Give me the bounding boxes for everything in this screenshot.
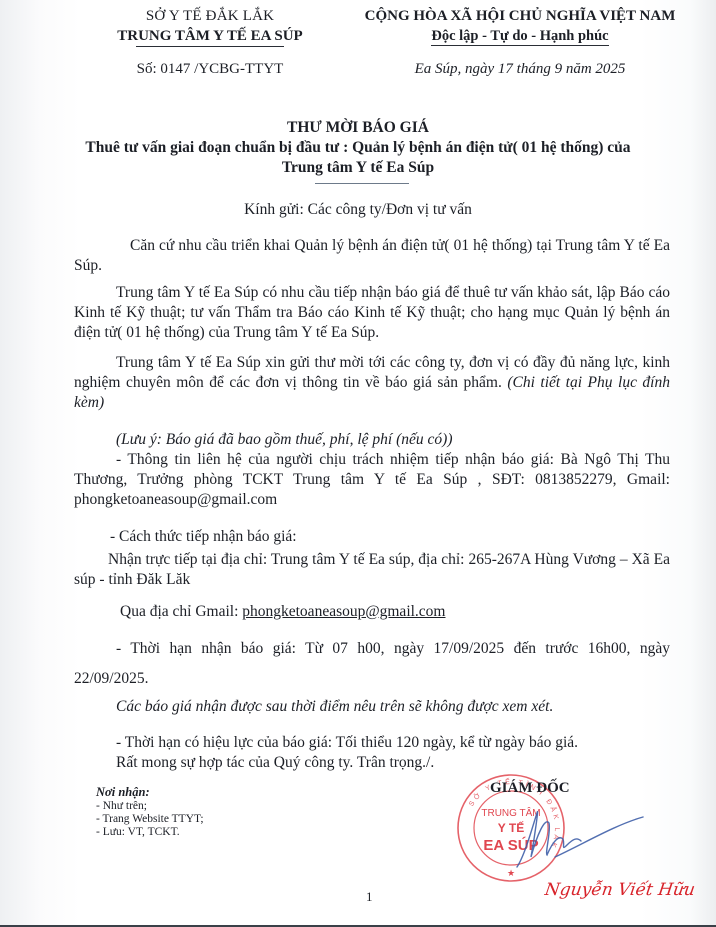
method-label: - Cách thức tiếp nhận báo giá: — [110, 527, 670, 547]
title-subtitle-2: Trung tâm Y tế Ea Súp — [0, 158, 716, 178]
method-email-label: Qua địa chỉ Gmail: — [120, 603, 242, 620]
header-nation: CỘNG HÒA XÃ HỘI CHỦ NGHĨA VIỆT NAM Độc l… — [335, 6, 705, 46]
paragraph-basis: Căn cứ nhu cầu triển khai Quản lý bệnh á… — [74, 236, 670, 276]
organization-name: TRUNG TÂM Y TẾ EA SÚP — [90, 26, 330, 46]
greeting: Kính gửi: Các công ty/Đơn vị tư vấn — [0, 201, 716, 219]
page-number: 1 — [366, 889, 373, 905]
department-name: SỞ Y TẾ ĐẮK LẮK — [90, 6, 330, 26]
title-underline — [315, 183, 409, 184]
recipient-item: - Như trên; — [96, 800, 204, 813]
recipient-item: - Trang Website TTYT; — [96, 813, 204, 826]
handwritten-signature — [515, 795, 645, 875]
recipients: Nơi nhận: - Như trên; - Trang Website TT… — [96, 785, 204, 839]
title-subtitle-1: Thuê tư vấn giai đoạn chuẩn bị đầu tư : … — [0, 138, 716, 158]
paragraph-invitation: Trung tâm Y tế Ea Súp xin gửi thư mời tớ… — [74, 353, 670, 413]
method-email-row: Qua địa chỉ Gmail: phongketoaneasoup@gma… — [120, 602, 670, 622]
method-direct: Nhận trực tiếp tại địa chỉ: Trung tâm Y … — [74, 550, 670, 590]
document-page: SỞ Y TẾ ĐẮK LẮK TRUNG TÂM Y TẾ EA SÚP CỘ… — [0, 0, 716, 926]
recipient-item: - Lưu: VT, TCKT. — [96, 826, 204, 839]
organization-underline — [136, 46, 284, 47]
nation-name: CỘNG HÒA XÃ HỘI CHỦ NGHĨA VIỆT NAM — [335, 6, 705, 26]
email-link[interactable]: phongketoaneasoup@gmail.com — [242, 603, 445, 620]
price-note: (Lưu ý: Báo giá đã bao gồm thuế, phí, lệ… — [116, 430, 676, 450]
signer-name: Nguyễn Viết Hữu — [544, 880, 697, 900]
title-main: THƯ MỜI BÁO GIÁ — [0, 118, 716, 138]
closing: Rất mong sự hợp tác của Quý công ty. Trâ… — [116, 753, 676, 773]
deadline: - Thời hạn nhận báo giá: Từ 07 h00, ngày… — [74, 634, 670, 694]
stamp-star-icon: ★ — [507, 868, 515, 878]
contact-info: - Thông tin liên hệ của người chịu trách… — [74, 450, 670, 510]
nation-motto: Độc lập - Tự do - Hạnh phúc — [431, 27, 608, 46]
validity: - Thời hạn có hiệu lực của báo giá: Tối … — [116, 733, 676, 753]
document-number: Số: 0147 /YCBG-TTYT — [90, 61, 330, 78]
paragraph-request: Trung tâm Y tế Ea Súp có nhu cầu tiếp nh… — [74, 283, 670, 343]
header-organization: SỞ Y TẾ ĐẮK LẮK TRUNG TÂM Y TẾ EA SÚP — [90, 6, 330, 47]
recipients-title: Nơi nhận: — [96, 785, 204, 800]
document-place-date: Ea Súp, ngày 17 tháng 9 năm 2025 — [335, 61, 705, 78]
late-note: Các báo giá nhận được sau thời điểm nêu … — [116, 697, 676, 717]
document-title: THƯ MỜI BÁO GIÁ Thuê tư vấn giai đoạn ch… — [0, 118, 716, 178]
